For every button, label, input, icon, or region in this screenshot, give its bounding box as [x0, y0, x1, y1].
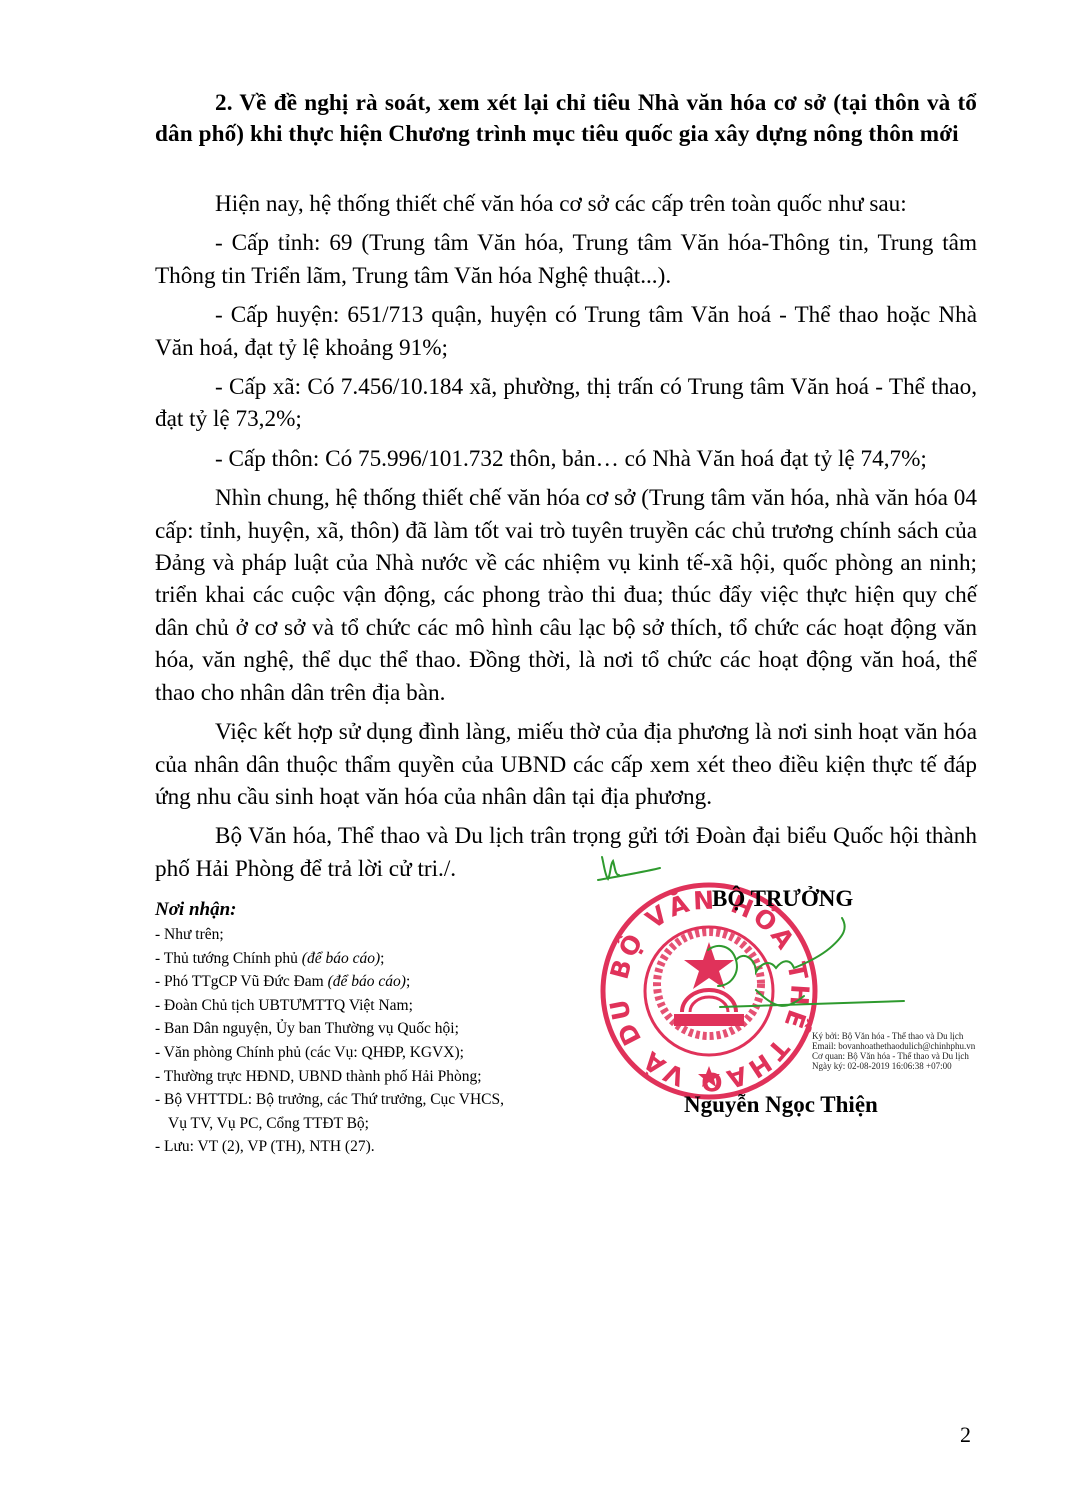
recipient-item: - Thủ tướng Chính phủ (để báo cáo);	[155, 947, 595, 971]
paragraph-temples: Việc kết hợp sử dụng đình làng, miếu thờ…	[155, 716, 977, 813]
paragraph-village-level: - Cấp thôn: Có 75.996/101.732 thôn, bản……	[155, 443, 977, 475]
signer-name: Nguyễn Ngọc Thiện	[684, 1092, 878, 1118]
signing-date: Ngày ký: 02-08-2019 16:06:38 +07:00	[812, 1061, 975, 1071]
section-heading: 2. Về đề nghị rà soát, xem xét lại chỉ t…	[155, 88, 977, 150]
recipient-item: - Ban Dân nguyện, Ủy ban Thường vụ Quốc …	[155, 1017, 595, 1041]
recipients-title: Nơi nhận:	[155, 897, 595, 923]
recipient-item: - Như trên;	[155, 923, 595, 947]
document-body: Hiện nay, hệ thống thiết chế văn hóa cơ …	[155, 188, 977, 885]
paragraph-closing: Bộ Văn hóa, Thể thao và Du lịch trân trọ…	[155, 820, 977, 885]
signer-agency: Cơ quan: Bộ Văn hóa - Thể thao và Du lịc…	[812, 1051, 975, 1061]
signer-email: Email: bovanhoathethaodulich@chinhphu.vn	[812, 1041, 975, 1051]
digital-signature-info: Ký bởi: Bộ Văn hóa - Thể thao và Du lịch…	[812, 1031, 975, 1071]
paragraph-district-level: - Cấp huyện: 651/713 quận, huyện có Trun…	[155, 299, 977, 364]
recipient-note: (để báo cáo)	[302, 950, 380, 967]
paragraph-overview: Nhìn chung, hệ thống thiết chế văn hóa c…	[155, 482, 977, 709]
signer-title: BỘ TRƯỞNG	[712, 886, 853, 912]
official-seal-icon: BỘ VĂN HÓA THỂ THAO VÀ DU LỊCH	[598, 880, 820, 1102]
recipient-item: - Phó TTgCP Vũ Đức Đam (để báo cáo);	[155, 970, 595, 994]
recipient-item: - Bộ VHTTDL: Bộ trưởng, các Thứ trưởng, …	[155, 1088, 595, 1112]
recipient-note: (để báo cáo)	[328, 973, 406, 990]
page-number: 2	[960, 1422, 971, 1448]
recipient-item: - Lưu: VT (2), VP (TH), NTH (27).	[155, 1135, 595, 1159]
paragraph-intro: Hiện nay, hệ thống thiết chế văn hóa cơ …	[155, 188, 977, 220]
paragraph-commune-level: - Cấp xã: Có 7.456/10.184 xã, phường, th…	[155, 371, 977, 436]
recipient-item-continuation: Vụ TV, Vụ PC, Cổng TTĐT Bộ;	[155, 1112, 595, 1136]
signed-by: Ký bởi: Bộ Văn hóa - Thể thao và Du lịch	[812, 1031, 975, 1041]
paragraph-province-level: - Cấp tỉnh: 69 (Trung tâm Văn hóa, Trung…	[155, 227, 977, 292]
recipient-item: - Văn phòng Chính phủ (các Vụ: QHĐP, KGV…	[155, 1041, 595, 1065]
recipient-item: - Thường trực HĐND, UBND thành phố Hải P…	[155, 1065, 595, 1089]
document-page: 2. Về đề nghị rà soát, xem xét lại chỉ t…	[0, 0, 1080, 1501]
recipient-item: - Đoàn Chủ tịch UBTƯMTTQ Việt Nam;	[155, 994, 595, 1018]
recipients-list: Nơi nhận: - Như trên; - Thủ tướng Chính …	[155, 897, 595, 1159]
